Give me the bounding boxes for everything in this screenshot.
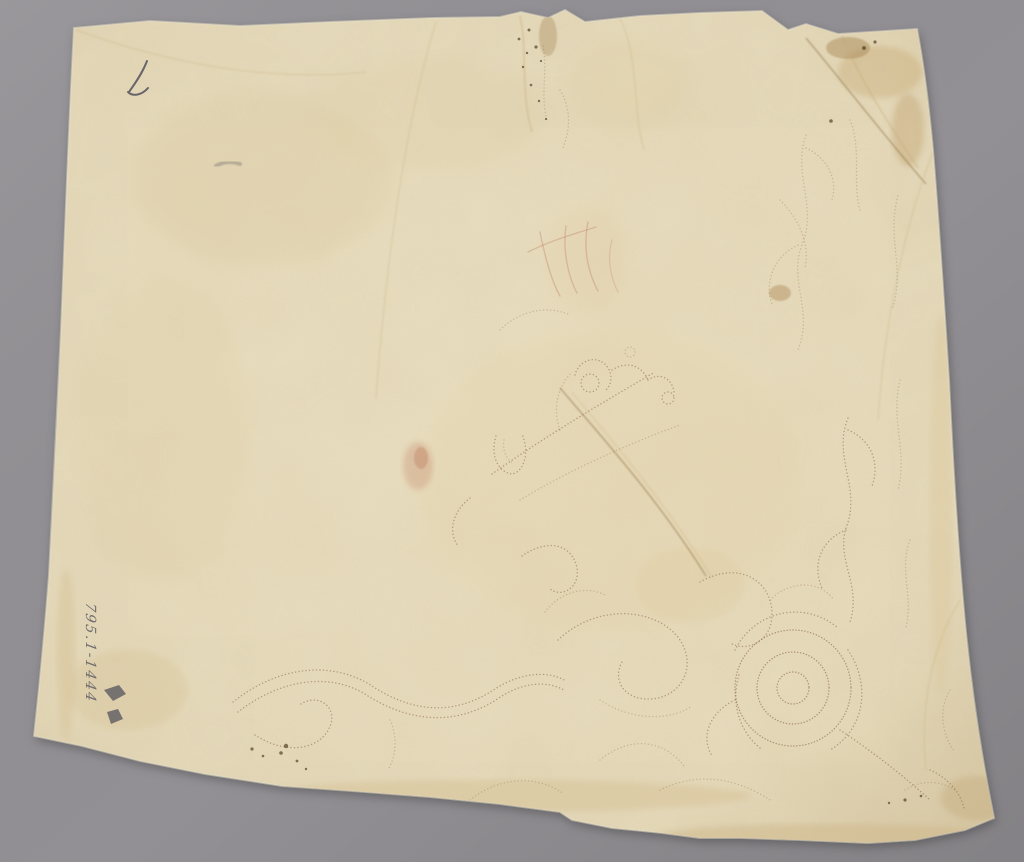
speck bbox=[518, 38, 521, 41]
speck bbox=[522, 66, 524, 68]
speck bbox=[545, 118, 547, 120]
stain bbox=[315, 60, 545, 170]
stain bbox=[892, 94, 924, 166]
speck bbox=[538, 100, 540, 102]
brown-spot-stain bbox=[769, 285, 791, 301]
artifact-photo: 795.1-1444 bbox=[0, 0, 1024, 862]
speck bbox=[305, 768, 307, 770]
speck bbox=[528, 29, 531, 32]
speck bbox=[530, 84, 533, 87]
speck bbox=[279, 751, 283, 755]
red-smudge-core bbox=[414, 447, 428, 469]
speck bbox=[903, 798, 906, 801]
stain bbox=[635, 547, 745, 623]
speck bbox=[862, 46, 866, 50]
speck bbox=[526, 52, 528, 54]
artifact-photo-canvas: 795.1-1444 bbox=[0, 0, 1024, 862]
stain bbox=[539, 16, 557, 56]
accession-inscription: 795.1-1444 bbox=[82, 601, 98, 704]
stain bbox=[80, 280, 250, 580]
paper-surface: 795.1-1444 bbox=[20, 0, 1013, 862]
speck bbox=[873, 40, 876, 43]
speck bbox=[920, 795, 923, 798]
stain bbox=[546, 207, 626, 317]
speck bbox=[829, 119, 833, 123]
speck bbox=[250, 747, 253, 750]
stain bbox=[568, 40, 688, 130]
speck bbox=[888, 802, 890, 804]
left-edge-stain bbox=[57, 570, 75, 740]
speck bbox=[262, 755, 265, 758]
speck bbox=[534, 45, 537, 48]
speck bbox=[296, 760, 299, 763]
speck bbox=[540, 60, 542, 62]
speck bbox=[284, 744, 288, 748]
